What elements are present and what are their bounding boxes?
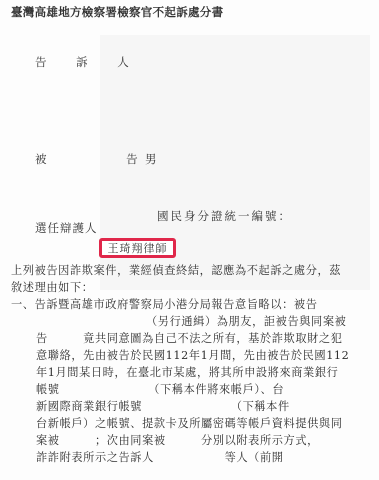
body-line-3: 一、告訴暨高雄市政府警察局小港分局報告意旨略以：被告 [11,296,317,312]
defendant-gender: 男 [145,151,157,167]
body-line-12: 詐詐附表所示之告訴人 等人（前開 [36,449,284,465]
body-line-2: 敘述理由如下： [11,279,94,295]
complainant-label: 告 訴 人 [35,54,142,70]
document-title: 臺灣高雄地方檢察署檢察官不起訴處分書 [11,4,223,20]
body-line-9: 新國際商業銀行帳號 （下稱本件 [36,398,290,414]
defense-counsel-label: 選任辯護人 [35,220,98,236]
body-line-4: （另行通緝）為朋友，詎被告與同案被 [146,313,346,329]
highlighted-lawyer-name: 王琦翔律師 [99,238,176,258]
body-line-8: 帳號 （下稱本件將來帳戶）、台 [36,381,284,397]
body-line-6: 意聯絡，先由被告於民國112年1月間，先由被告於民國112 [36,347,349,363]
body-line-1: 上列被告因詐欺案件，業經偵查終結，認應為不起訴之處分，茲 [11,262,341,278]
document-page: 臺灣高雄地方檢察署檢察官不起訴處分書 告 訴 人 被 告 男 國民身分證統一編號… [0,0,379,480]
id-number-label: 國民身分證統一編號： [157,208,292,224]
body-line-11: 案被 ；次由同案被 分別以附表所示方式， [36,432,319,448]
body-line-7: 年1月間某日時，在臺北市某處，將其所申設將來商業銀行 [36,364,338,380]
body-line-10: 台新帳戶）之帳號、提款卡及所屬密碼等帳戶資料提供與同 [36,415,342,431]
defense-lawyer-name: 王琦翔律師 [108,240,168,256]
body-line-5: 告 竟共同意圖為自己不法之所有，基於詐欺取財之犯 [36,330,342,346]
